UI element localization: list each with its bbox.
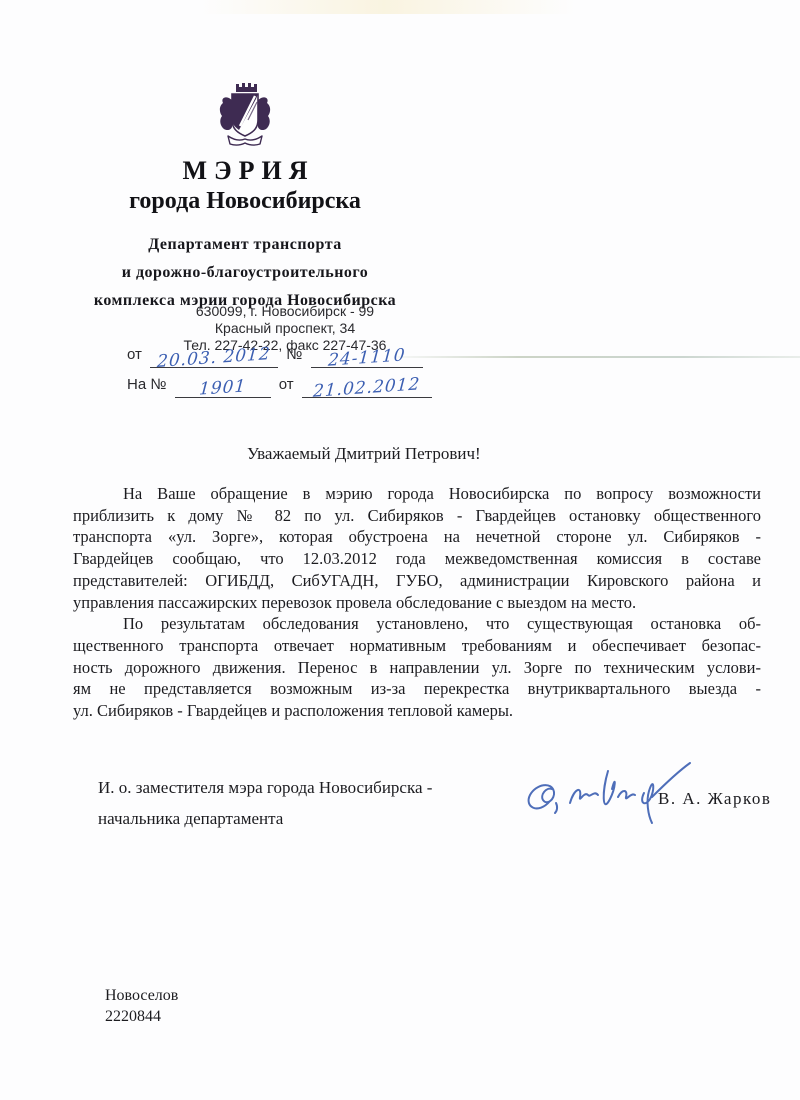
body-line: На Ваше обращение в мэрию города Новосиб… (73, 483, 761, 505)
outgoing-number-field: 24-1110 (311, 348, 423, 368)
incoming-reference-row: На № 1901 от 21.02.2012 (127, 376, 436, 398)
handwritten-incoming-date: 21.02.2012 (313, 374, 421, 402)
body-line: представителей: ОГИБДД, СибУГАДН, ГУБО, … (73, 570, 761, 592)
signer-position-line: начальника департамента (98, 803, 498, 834)
signer-name: В. А. Жарков (658, 789, 771, 809)
department-line: Департамент транспорта (0, 231, 490, 259)
signer-position: И. о. заместителя мэра города Новосибирс… (98, 772, 498, 834)
letterhead: МЭРИЯ города Новосибирска Департамент тр… (0, 80, 490, 315)
body-line: По результатам обследования установлено,… (73, 613, 761, 635)
org-name-meria: МЭРИЯ (0, 156, 490, 186)
incoming-number-field: 1901 (175, 378, 271, 398)
scan-artifact-line (398, 356, 800, 358)
body-line: управления пассажирских перевозок провел… (73, 592, 761, 614)
letter-body: На Ваше обращение в мэрию города Новосиб… (73, 483, 761, 722)
body-line: ность дорожного движения. Перенос в напр… (73, 657, 761, 679)
body-line: приблизить к дому № 82 по ул. Сибиряков … (73, 505, 761, 527)
novosibirsk-coat-of-arms-icon (215, 80, 275, 148)
executor-block: Новоселов 2220844 (105, 985, 178, 1027)
address-line-postal: 630099, г. Новосибирск - 99 (105, 303, 465, 320)
outgoing-reference-row: от 20.03. 2012 № 24-1110 (127, 346, 427, 368)
body-line: щественного транспорта отвечает норматив… (73, 635, 761, 657)
signer-position-line: И. о. заместителя мэра города Новосибирс… (98, 772, 498, 803)
body-line: ям не представляется возможным из-за пер… (73, 678, 761, 700)
executor-name: Новоселов (105, 985, 178, 1006)
incoming-date-field: 21.02.2012 (302, 378, 432, 398)
from-label: от (127, 346, 142, 363)
body-line: Гвардейцев сообщаю, что 12.03.2012 года … (73, 548, 761, 570)
scanned-letter-page: МЭРИЯ города Новосибирска Департамент тр… (0, 0, 800, 1100)
address-line-street: Красный проспект, 34 (105, 320, 465, 337)
reply-from-label: от (279, 376, 294, 393)
body-line: транспорта «ул. Зорге», которая обустрое… (73, 526, 761, 548)
handwritten-outgoing-number: 24-1110 (327, 345, 406, 371)
scan-edge-tint (0, 0, 800, 14)
department-line: и дорожно-благоустроительного (0, 259, 490, 287)
handwritten-outgoing-date: 20.03. 2012 (157, 344, 272, 372)
outgoing-date-field: 20.03. 2012 (150, 348, 278, 368)
reply-label: На № (127, 376, 166, 393)
handwritten-incoming-number: 1901 (198, 376, 247, 399)
executor-phone: 2220844 (105, 1006, 178, 1027)
org-name-city: города Новосибирска (0, 188, 490, 215)
body-line: ул. Сибиряков - Гвардейцев и расположени… (73, 700, 761, 722)
number-label: № (286, 346, 302, 363)
salutation: Уважаемый Дмитрий Петрович! (247, 444, 481, 464)
